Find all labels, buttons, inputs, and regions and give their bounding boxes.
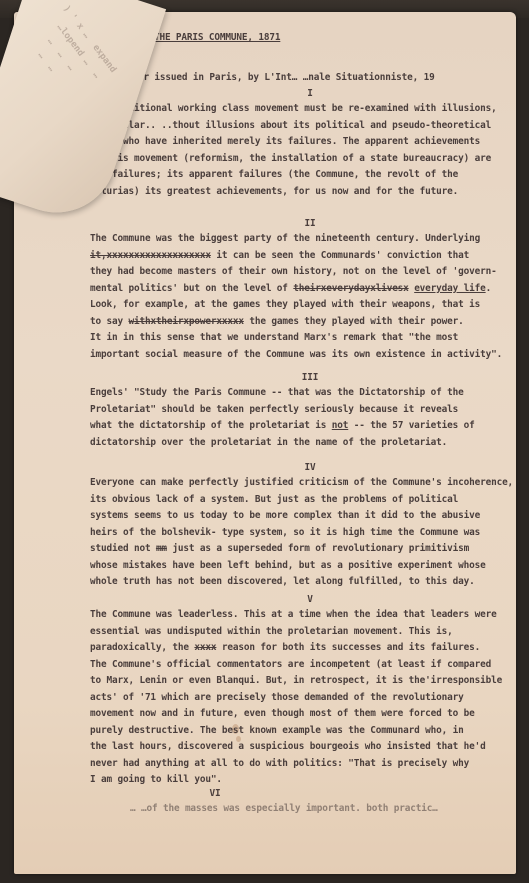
text-fragment: reason for both its successes and its fa… bbox=[222, 642, 480, 653]
text-line: purely destructive. The best known examp… bbox=[90, 723, 529, 740]
section-iii: III Engels' "Study the Paris Commune -- … bbox=[90, 372, 529, 451]
text-fragment: studied not bbox=[90, 543, 150, 554]
text-line: Everyone can make perfectly justified cr… bbox=[90, 475, 529, 492]
text-line: the last hours, discovered a suspicious … bbox=[90, 739, 529, 756]
text-line: to Marx, Lenin or even Blanqui. But, in … bbox=[90, 673, 529, 690]
text-fragment: to say bbox=[90, 316, 123, 327]
section-numeral: V bbox=[90, 594, 529, 605]
struck-text: theirxeverydayxlivesx bbox=[293, 283, 408, 294]
section-numeral: VI bbox=[90, 788, 340, 799]
text-line: dictatorship over the proletariat in the… bbox=[90, 435, 529, 452]
text-line: Proletariat" should be taken perfectly s… bbox=[90, 402, 529, 419]
section-iv: IV Everyone can make perfectly justified… bbox=[90, 462, 529, 591]
section-numeral: IV bbox=[90, 462, 529, 473]
struck-text: xxxx bbox=[194, 642, 216, 653]
text-line-partial: … …of the masses was especially importan… bbox=[90, 801, 529, 818]
text-line: I am going to kill you". bbox=[90, 772, 529, 789]
text-line: to say withxtheirxpowerxxxxx the games t… bbox=[90, 314, 529, 331]
text-line: The Commune was leaderless. This at a ti… bbox=[90, 607, 529, 624]
text-fragment: it can be seen the Communards' convictio… bbox=[216, 250, 469, 261]
text-line: heirs of the bolshevik- type system, so … bbox=[90, 525, 529, 542]
text-line: important social measure of the Commune … bbox=[90, 347, 529, 364]
text-line: It in in this sense that we understand M… bbox=[90, 330, 529, 347]
text-fragment: the games they played with their power. bbox=[249, 316, 463, 327]
section-i: I The traditional working class movement… bbox=[90, 88, 529, 200]
text-line: whose mistakes have been left behind, bu… bbox=[90, 558, 529, 575]
text-line: acts' of '71 which are precisely those d… bbox=[90, 690, 529, 707]
text-line: studied not mm just as a superseded form… bbox=[90, 541, 529, 558]
text-line: The Commune was the biggest party of the… bbox=[90, 231, 529, 248]
text-line: never had anything at all to do with pol… bbox=[90, 756, 529, 773]
text-line: mental politics' but on the level of the… bbox=[90, 281, 529, 298]
curled-page-text: ) ' x … expand …lopend … … … … … … … bbox=[20, 2, 120, 105]
text-line: its obvious lack of a system. But just a… bbox=[90, 492, 529, 509]
text-line: of this movement (reformism, the install… bbox=[90, 151, 529, 168]
text-line: systems seems to us today to be more com… bbox=[90, 508, 529, 525]
text-line: Engels' "Study the Paris Commune -- that… bbox=[90, 385, 529, 402]
text-line: Asturias) its greatest achievements, for… bbox=[90, 184, 529, 201]
text-fragment: paradoxically, the bbox=[90, 642, 189, 653]
struck-text: it,xxxxxxxxxxxxxxxxxxx bbox=[90, 250, 211, 261]
struck-text: mm bbox=[156, 543, 167, 554]
text-fragment: just as a superseded form of revolutiona… bbox=[172, 543, 469, 554]
text-fragment: mental politics' but on the level of bbox=[90, 283, 288, 294]
text-line: paradoxically, the xxxx reason for both … bbox=[90, 640, 529, 657]
text-line: they had become masters of their own his… bbox=[90, 264, 529, 281]
text-line: heirs who have inherited merely its fail… bbox=[90, 134, 529, 151]
section-numeral: III bbox=[90, 372, 529, 383]
text-line: whole truth has not been discovered, let… bbox=[90, 574, 529, 591]
text-line: what the dictatorship of the proletariat… bbox=[90, 418, 529, 435]
section-numeral: I bbox=[90, 88, 529, 99]
typewritten-page: ) ' x … expand …lopend … … … … … … … …NT… bbox=[14, 12, 516, 874]
section-vi: VI … …of the masses was especially impor… bbox=[90, 788, 529, 818]
struck-text: withxtheirxpowerxxxxx bbox=[128, 316, 243, 327]
section-numeral: II bbox=[90, 218, 529, 229]
text-line: The Commune's official commentators are … bbox=[90, 657, 529, 674]
underlined-text: not bbox=[332, 420, 348, 431]
text-fragment: -- the 57 varieties of bbox=[354, 420, 475, 431]
text-line: essential was undisputed within the prol… bbox=[90, 624, 529, 641]
section-v: V The Commune was leaderless. This at a … bbox=[90, 594, 529, 789]
text-fragment: what the dictatorship of the proletariat… bbox=[90, 420, 326, 431]
text-line: movement now and in future, even though … bbox=[90, 706, 529, 723]
text-line: Look, for example, at the games they pla… bbox=[90, 297, 529, 314]
section-ii: II The Commune was the biggest party of … bbox=[90, 218, 529, 363]
text-line: particular.. ..thout illusions about its… bbox=[90, 118, 529, 135]
underlined-text: everyday life bbox=[414, 283, 485, 294]
text-line: it,xxxxxxxxxxxxxxxxxxx it can be seen th… bbox=[90, 248, 529, 265]
text-line: The traditional working class movement m… bbox=[90, 101, 529, 118]
text-line: its failures; its apparent failures (the… bbox=[90, 167, 529, 184]
